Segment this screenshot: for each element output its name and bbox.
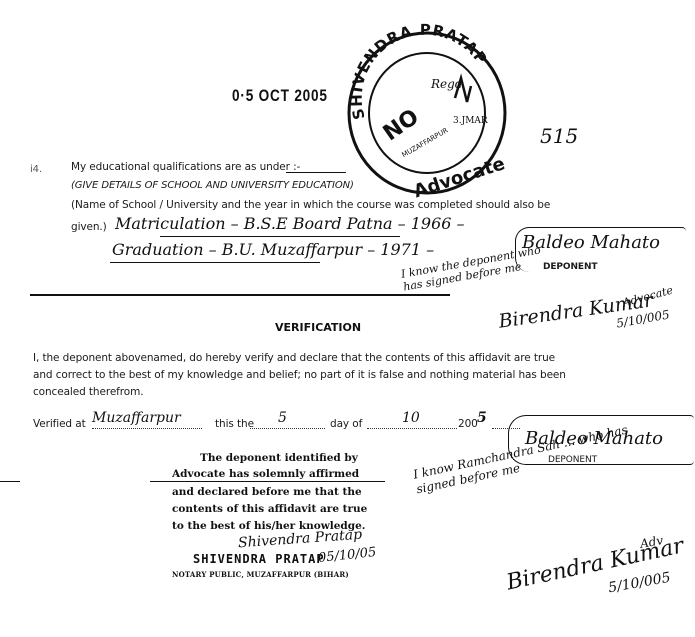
verification-text-line: I, the deponent abovenamed, do hereby ve…	[33, 352, 555, 364]
day-dotline	[250, 428, 325, 429]
notary-title: NOTARY PUBLIC, MUZAFFARPUR (BIHAR)	[172, 570, 349, 579]
verification-text-line: and correct to the best of my knowledge …	[33, 369, 566, 381]
year-prefix: 200	[458, 418, 478, 430]
qualification-entry: Graduation – B.U. Muzaffarpur – 1971 –	[112, 240, 434, 259]
entry-underline	[110, 262, 320, 263]
verified-at-label: Verified at	[33, 418, 86, 430]
verification-text-line: concealed therefrom.	[33, 386, 143, 398]
qualifications-intro: My educational qualifications are as und…	[71, 161, 300, 173]
qualifications-note-given: given.)	[71, 221, 107, 233]
section-divider	[30, 294, 450, 296]
year-value: 5	[477, 410, 487, 426]
verification-title: VERIFICATION	[275, 321, 361, 334]
notary-statement-line: and declared before me that the	[172, 484, 362, 501]
svg-text:3.JMAR: 3.JMAR	[453, 116, 488, 126]
this-the-label: this the	[215, 418, 254, 430]
month-dotline	[367, 428, 457, 429]
advocate-seal: SHIVENDRA PRATAP Advocate NO MUZAFFARPUR…	[335, 8, 515, 198]
date-stamp: 0·5 OCT 2005	[232, 86, 328, 106]
notary-sign-date: 05/10/05	[317, 545, 377, 566]
qualifications-instruction: (GIVE DETAILS OF SCHOOL AND UNIVERSITY E…	[71, 180, 354, 191]
notary-statement-line: contents of this affidavit are true	[172, 501, 367, 518]
page-number: 515	[540, 124, 578, 148]
qualification-entry: Matriculation – B.S.E Board Patna – 1966…	[115, 214, 465, 233]
month-value: 10	[402, 410, 420, 426]
entry-underline	[160, 236, 400, 237]
left-margin-line	[0, 481, 20, 482]
qualifications-note: (Name of School / University and the yea…	[71, 199, 550, 211]
svg-text:NO: NO	[379, 105, 424, 147]
seal-ring-icon: SHIVENDRA PRATAP Advocate NO MUZAFFARPUR…	[335, 8, 515, 198]
intro-underline	[286, 172, 346, 173]
verified-at-value: Muzaffarpur	[92, 410, 181, 426]
notary-underline	[150, 481, 385, 482]
svg-text:Advocate: Advocate	[411, 153, 507, 202]
verified-at-dotline	[92, 428, 202, 429]
item-number: i4.	[30, 164, 42, 175]
day-of-label: day of	[330, 418, 362, 430]
notary-statement-line: The deponent identified by	[200, 450, 358, 467]
day-value: 5	[278, 410, 287, 426]
notary-name: SHIVENDRA PRATAP	[193, 552, 325, 566]
advocate-endorsement-date: 5/10/005	[607, 570, 672, 597]
